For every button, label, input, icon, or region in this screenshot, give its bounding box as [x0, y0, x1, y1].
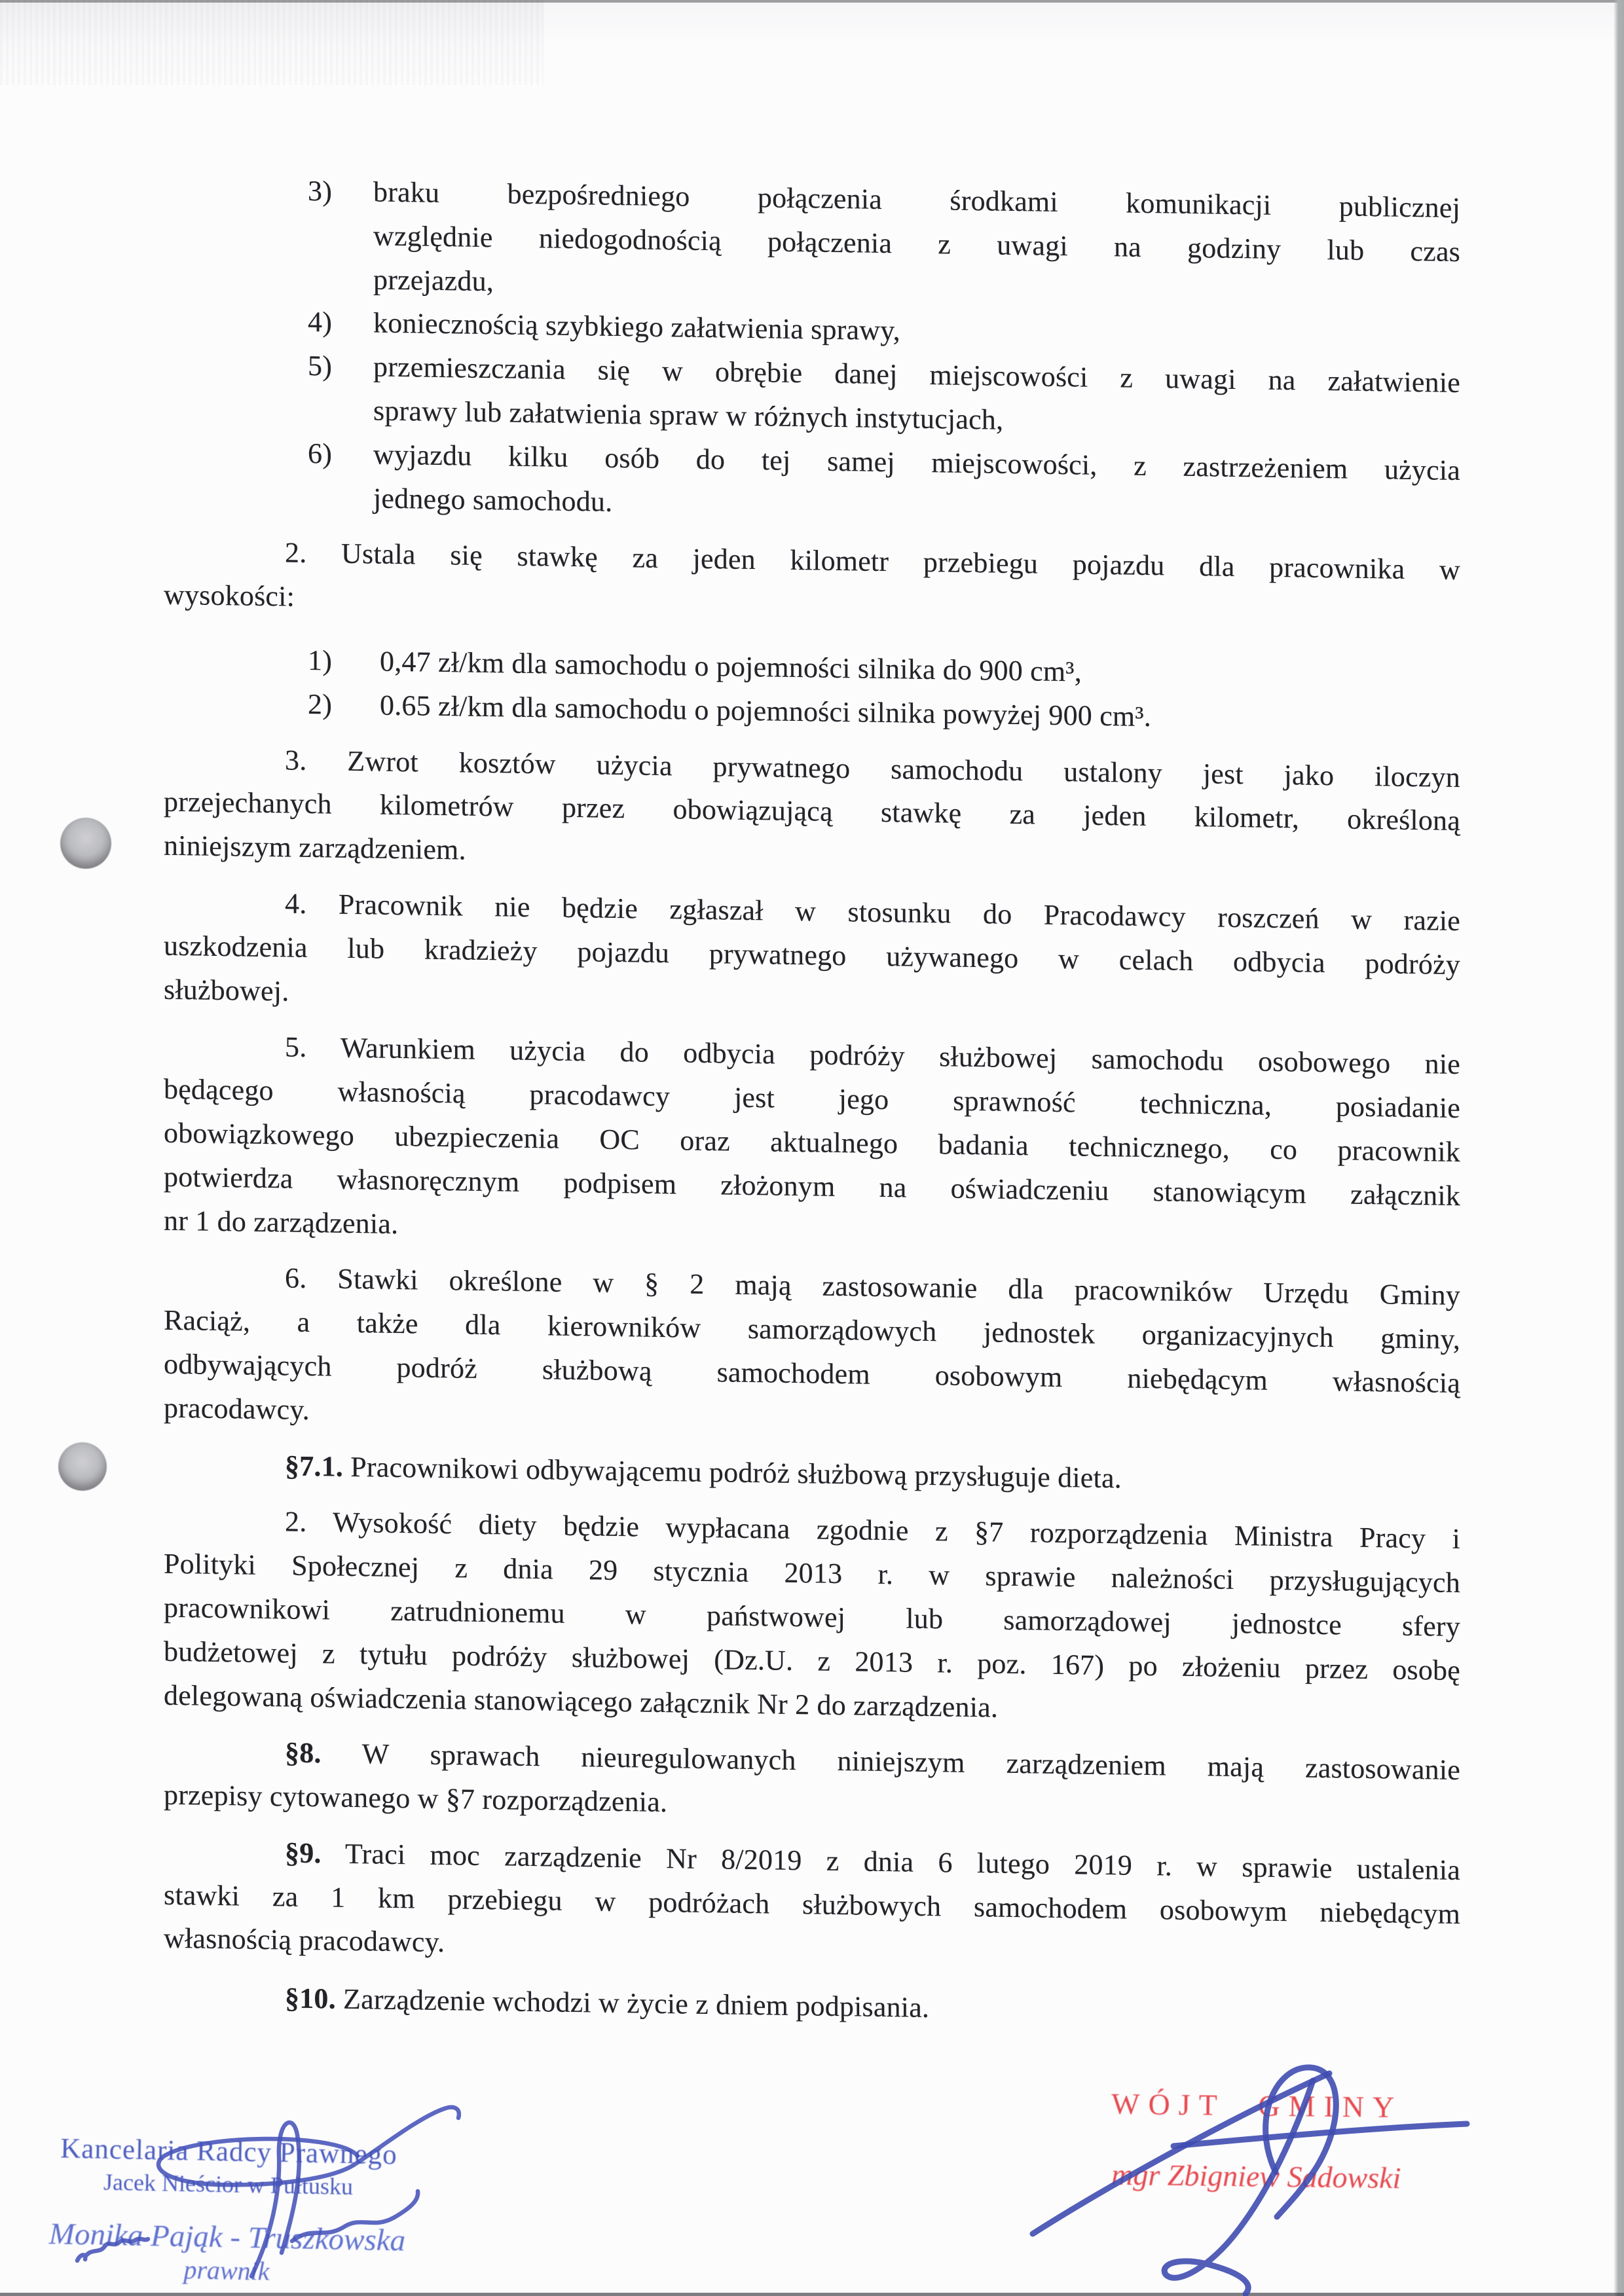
- paragraph: §9. Traci moc zarządzenie Nr 8/2019 z dn…: [164, 1830, 1460, 1980]
- paragraph: 3. Zwrot kosztów użycia prywatnego samoc…: [164, 737, 1460, 887]
- text-line: §10. Zarządzenie wchodzi w życie z dniem…: [164, 1975, 1460, 2038]
- list-marker: 4): [308, 301, 332, 344]
- list-marker: 5): [308, 344, 332, 388]
- paragraph: §7.1. Pracownikowi odbywającemu podróż s…: [164, 1442, 1460, 1505]
- list-item: 3)braku bezpośredniego połączenia środka…: [164, 168, 1460, 318]
- list-marker: 6): [308, 432, 332, 476]
- paragraph-marker: 6.: [285, 1262, 306, 1294]
- paragraph: §8. W sprawach nieuregulowanych niniejsz…: [164, 1730, 1460, 1836]
- paragraph: 2. Ustala się stawkę za jeden kilometr p…: [164, 530, 1460, 636]
- list-marker: 1): [308, 639, 332, 683]
- paragraph: 6. Stawki określone w § 2 mają zastosowa…: [164, 1255, 1460, 1449]
- handwritten-signature-mayor: [1008, 2041, 1480, 2296]
- paragraph: 4. Pracownik nie będzie zgłaszał w stosu…: [164, 881, 1460, 1031]
- paragraph-marker: 2.: [285, 537, 306, 569]
- paragraph: §10. Zarządzenie wchodzi w życie z dniem…: [164, 1975, 1460, 2038]
- rate-list: 1)0,47 zł/km dla samochodu o pojemności …: [164, 637, 1460, 744]
- list-item: 6)wyjazdu kilku osób do tej samej miejsc…: [164, 429, 1460, 536]
- paragraph-marker: §7.1.: [285, 1449, 343, 1482]
- document-body: 3)braku bezpośredniego połączenia środka…: [0, 0, 1624, 2041]
- paragraph: 5. Warunkiem użycia do odbycia podróży s…: [164, 1024, 1460, 1262]
- paragraph-marker: §8.: [285, 1737, 322, 1770]
- list-marker: 3): [308, 170, 332, 213]
- handwritten-signature-lawyer: [51, 2092, 509, 2295]
- paragraph-marker: §9.: [285, 1836, 322, 1869]
- paragraph-marker: §10.: [285, 1982, 336, 2015]
- paragraph-marker: 3.: [285, 744, 306, 776]
- paragraph-marker: 5.: [285, 1031, 306, 1063]
- paragraph-marker: 2.: [285, 1506, 306, 1538]
- scan-top-edge: [0, 0, 1624, 3]
- paragraph-marker: 4.: [285, 887, 306, 919]
- text-line: §7.1. Pracownikowi odbywającemu podróż s…: [164, 1442, 1460, 1505]
- list-marker: 2): [308, 683, 332, 727]
- scanned-document-page: 3)braku bezpośredniego połączenia środka…: [0, 0, 1624, 2296]
- paragraph: 2. Wysokość diety będzie wypłacana zgodn…: [164, 1499, 1460, 1736]
- document-text: 3)braku bezpośredniego połączenia środka…: [0, 0, 1624, 2041]
